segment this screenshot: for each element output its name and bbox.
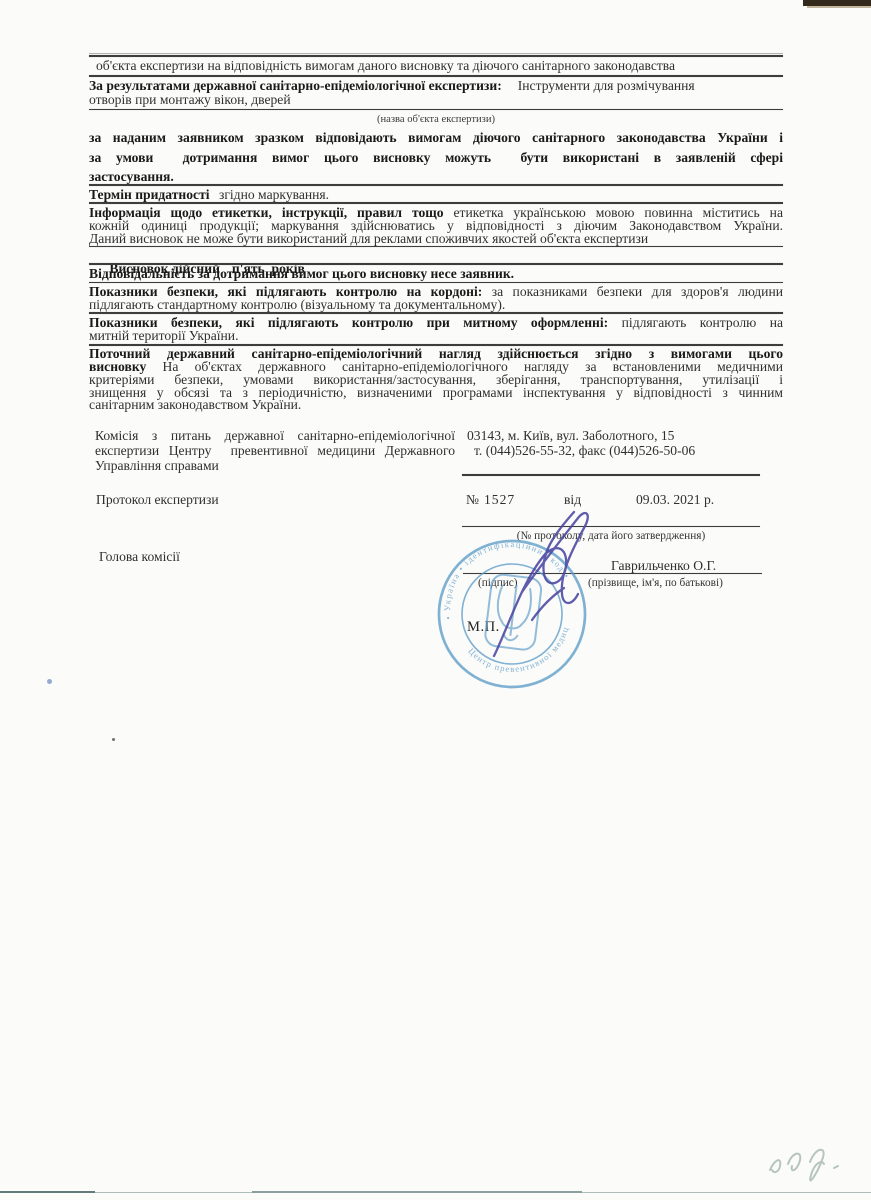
- section-customs-control: Показники безпеки, які підлягають контро…: [89, 316, 783, 343]
- commission-block: Комісія з питань державної санітарно-епі…: [95, 428, 455, 474]
- ink-speck-blue: [47, 679, 52, 684]
- commission-line: Управління справами: [95, 458, 455, 473]
- section-results: За результатами державної санітарно-епід…: [89, 79, 783, 107]
- divider-rule: [89, 109, 783, 111]
- object-name-caption: (назва об'єкта експертизи): [89, 113, 783, 126]
- address-line1: 03143, м. Київ, вул. Заболотного, 15: [467, 428, 674, 443]
- signatory-name: Гаврильченко О.Г.: [611, 558, 716, 574]
- label-info-line3: Даний висновок не може бути використаний…: [89, 232, 783, 245]
- protocol-number-sign: №: [466, 492, 479, 508]
- pencil-scribble: [758, 1132, 863, 1194]
- compliance-line: за наданим заявником зразком відповідают…: [89, 128, 783, 148]
- label-info-line1: Інформація щодо етикетки, інструкції, пр…: [89, 206, 783, 219]
- scanned-document-page: об'єкта експертизи на відповідність вимо…: [0, 0, 871, 1200]
- compliance-line: за умови дотримання вимог цього висновку…: [89, 148, 783, 168]
- divider-rule: [89, 75, 783, 77]
- section-compliance: за наданим заявником зразком відповідают…: [89, 128, 783, 187]
- border-line2: підлягають стандартному контролю (візуал…: [89, 298, 783, 311]
- commission-line: Комісія з питань державної санітарно-епі…: [95, 428, 455, 443]
- results-line1: За результатами державної санітарно-епід…: [89, 79, 783, 93]
- section-surveillance: Поточний державний санітарно-епідеміолог…: [89, 348, 783, 412]
- page-bottom-edge-dark-left: [0, 1191, 95, 1193]
- divider-rule: [462, 474, 760, 476]
- intro-line: об'єкта експертизи на відповідність вимо…: [89, 59, 790, 72]
- signatory-role: Голова комісії: [99, 549, 180, 565]
- shelf-life-value: згідно маркування.: [219, 187, 329, 202]
- divider-rule: [89, 312, 783, 314]
- section-border-control: Показники безпеки, які підлягають контро…: [89, 285, 783, 312]
- section-shelf-life: Термін придатності згідно маркування.: [89, 188, 783, 201]
- section-label-info: Інформація щодо етикетки, інструкції, пр…: [89, 206, 783, 246]
- scan-corner-artifact-shadow: [807, 6, 871, 8]
- protocol-label: Протокол експертизи: [96, 492, 219, 508]
- section-responsibility: Відповідальність за дотримання вимог цьо…: [89, 267, 783, 280]
- divider-rule: [89, 246, 783, 248]
- customs-line2: митній території України.: [89, 329, 783, 342]
- results-label: За результатами державної санітарно-епід…: [89, 78, 518, 93]
- page-bottom-edge-dark-mid: [252, 1191, 582, 1193]
- shelf-life-label: Термін придатності: [89, 187, 216, 202]
- border-line1: Показники безпеки, які підлягають контро…: [89, 285, 783, 298]
- address-line2: т. (044)526-55-32, факс (044)526-50-06: [474, 443, 695, 458]
- label-info-line2: кожній одиниці продукції; маркування зді…: [89, 219, 783, 232]
- customs-line1: Показники безпеки, які підлягають контро…: [89, 316, 783, 329]
- protocol-date: 09.03. 2021 р.: [636, 492, 714, 508]
- handwritten-signature: [482, 500, 622, 660]
- surveillance-line5: санітарним законодавством України.: [89, 399, 783, 412]
- divider-rule: [89, 263, 783, 265]
- results-line2: отворів при монтажу вікон, дверей: [89, 93, 783, 107]
- ink-speck-dark: [112, 738, 115, 741]
- divider-rule: [89, 184, 783, 186]
- commission-line: експертизи Центру превентивної медицини …: [95, 443, 455, 458]
- results-value: Інструменти для розмічування: [518, 78, 695, 93]
- divider-rule: [89, 53, 783, 54]
